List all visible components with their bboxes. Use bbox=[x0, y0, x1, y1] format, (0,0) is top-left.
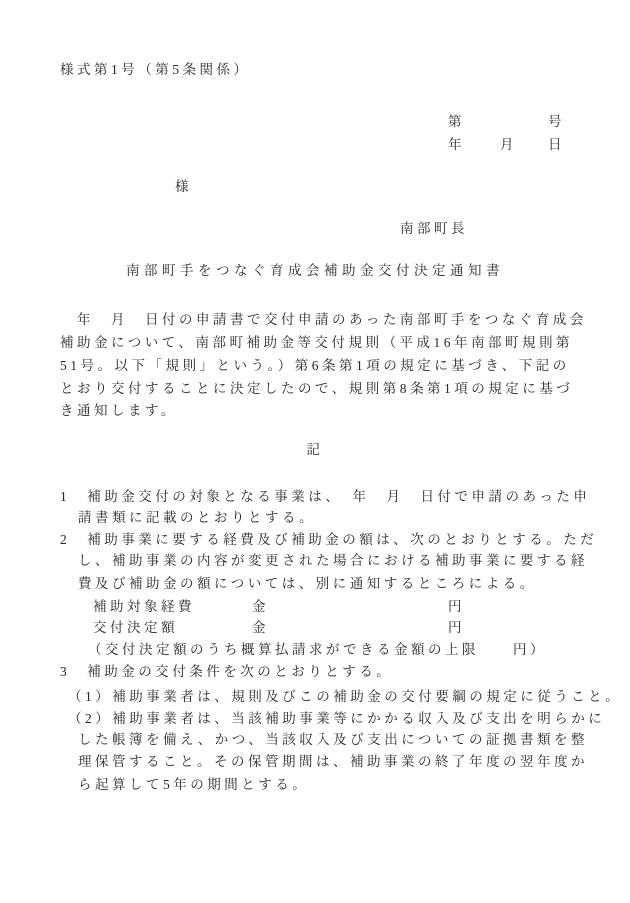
item3-sub2-line: （2）補助事業者は、当該補助事業等にかかる収入及び支出を明らかに bbox=[68, 708, 630, 730]
sender-name: 南部町長 bbox=[400, 218, 468, 240]
date-line: 年 月 日 bbox=[0, 134, 630, 156]
date-month-label: 月 bbox=[500, 134, 517, 156]
form-number-text: 様式第1号（第5条関係） bbox=[60, 59, 251, 81]
item2-line: し、補助事業の内容が変更された場合における補助事業に要する経 bbox=[78, 550, 630, 572]
item3-sub2-line: ら起算して5年の期間とする。 bbox=[78, 774, 630, 796]
amount-yen-label: 円 bbox=[448, 596, 465, 618]
item1-line: 1 補助金交付の対象となる事業は、 年 月 日付で申請のあった申 bbox=[60, 486, 630, 508]
addressee-line: 様 bbox=[0, 176, 630, 198]
amount-kin-label: 金 bbox=[252, 596, 269, 618]
date-day-label: 日 bbox=[548, 134, 565, 156]
body-line: き通知します。 bbox=[60, 400, 630, 422]
item2-line: 費及び補助金の額については、別に通知するところによる。 bbox=[78, 573, 630, 595]
item3-sub1-line: （1）補助事業者は、規則及びこの補助金の交付要綱の規定に従うこと。 bbox=[68, 686, 630, 708]
cap-note-yen-close: 円） bbox=[513, 639, 547, 661]
amount-kin-label: 金 bbox=[252, 617, 269, 639]
body-line: 51号。以下「規則」という。）第6条第1項の規定に基づき、下記の bbox=[60, 355, 630, 377]
body-line: とおり交付することに決定したので、規則第8条第1項の規定に基づ bbox=[60, 378, 630, 400]
amount-row-subsidy-target: 補助対象経費 金 円 bbox=[0, 596, 630, 618]
item1-line: 請書類に記載のとおりとする。 bbox=[78, 507, 630, 529]
item3-intro: 3 補助金の交付条件を次のとおりとする。 bbox=[60, 661, 630, 683]
amount-yen-label: 円 bbox=[448, 617, 465, 639]
addressee-honorific: 様 bbox=[175, 176, 192, 198]
doc-number-suffix: 号 bbox=[548, 111, 565, 133]
cap-note-line: （交付決定額のうち概算払請求ができる金額の上限 円） bbox=[0, 639, 630, 661]
doc-number-prefix: 第 bbox=[448, 111, 465, 133]
document-title: 南部町手をつなぐ育成会補助金交付決定通知書 bbox=[0, 260, 630, 282]
cap-note-text: （交付決定額のうち概算払請求ができる金額の上限 bbox=[88, 639, 479, 661]
body-line: 年 月 日付の申請書で交付申請のあった南部町手をつなぐ育成会 bbox=[60, 309, 630, 331]
item2-line: 2 補助事業に要する経費及び補助金の額は、次のとおりとする。ただ bbox=[60, 529, 630, 551]
body-line: 補助金について、南部町補助金等交付規則（平成16年南部町規則第 bbox=[60, 332, 630, 354]
doc-number-line: 第 号 bbox=[0, 111, 630, 133]
amount-label: 補助対象経費 bbox=[93, 596, 195, 618]
ki-heading: 記 bbox=[0, 439, 630, 461]
form-number: 様式第1号（第5条関係） bbox=[0, 59, 630, 81]
document-page: 様式第1号（第5条関係） 第 号 年 月 日 様 南部町長 南部町手をつなぐ育成… bbox=[0, 0, 630, 903]
date-year-label: 年 bbox=[448, 134, 465, 156]
amount-row-grant-decision: 交付決定額 金 円 bbox=[0, 617, 630, 639]
item3-sub2-line: 理保管すること。その保管期間は、補助事業の終了年度の翌年度か bbox=[78, 751, 630, 773]
amount-label: 交付決定額 bbox=[93, 617, 178, 639]
sender-line: 南部町長 bbox=[0, 218, 630, 240]
item3-sub2-line: した帳簿を備え、かつ、当該収入及び支出についての証拠書類を整 bbox=[78, 729, 630, 751]
